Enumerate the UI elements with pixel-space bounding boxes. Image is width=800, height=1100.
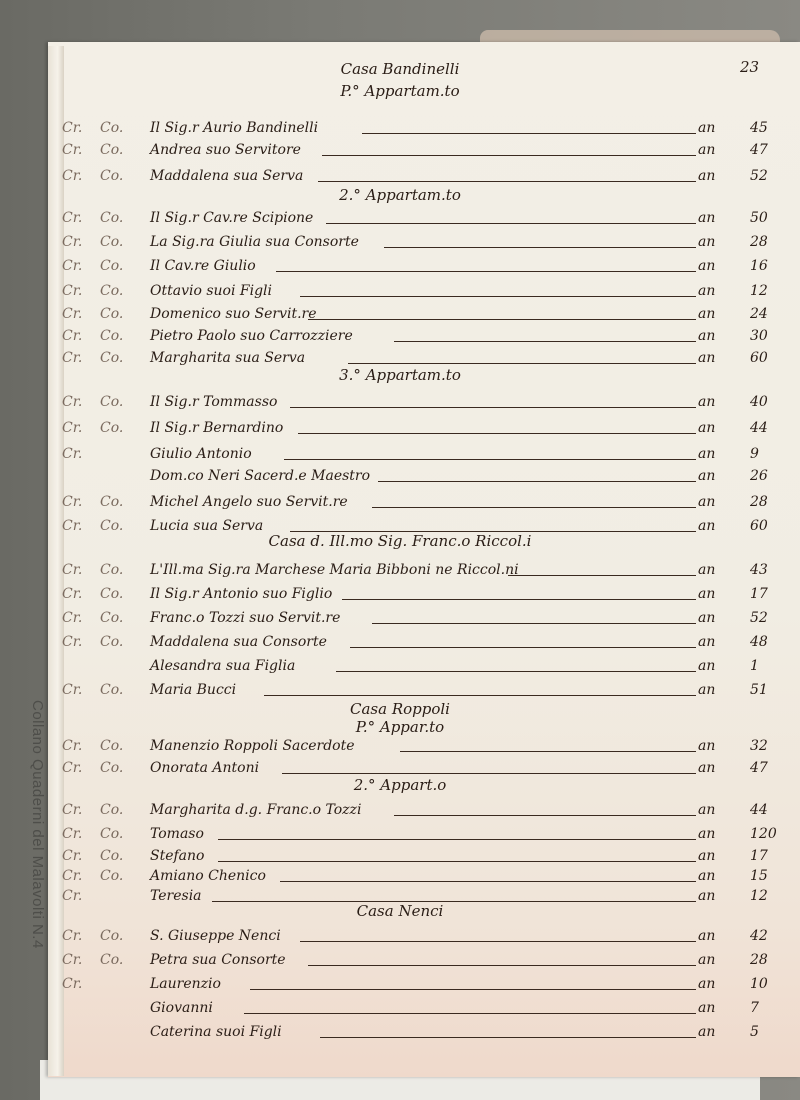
person-name: L'Ill.ma Sig.ra Marchese Maria Bibboni n… xyxy=(150,562,519,578)
census-row: Cr.Co.Andrea suo Servitorean47 xyxy=(0,142,800,164)
confirmation-mark: Cr. xyxy=(62,350,82,366)
age-value: 60 xyxy=(750,518,790,534)
anni-label: an xyxy=(698,976,715,992)
age-value: 5 xyxy=(750,1024,790,1040)
confirmation-mark: Cr. xyxy=(62,168,82,184)
age-value: 28 xyxy=(750,234,790,250)
census-row: Cr.Co.Ottavio suoi Figlian12 xyxy=(0,283,800,305)
anni-label: an xyxy=(698,468,715,484)
leader-line xyxy=(308,965,696,966)
communion-mark: Co. xyxy=(100,760,123,776)
census-row: Cr.Co.Manenzio Roppoli Sacerdotean32 xyxy=(0,738,800,760)
anni-label: an xyxy=(698,738,715,754)
census-row: Cr.Co.Lucia sua Servaan60 xyxy=(0,518,800,540)
leader-line xyxy=(394,341,696,342)
leader-line xyxy=(336,671,696,672)
census-row: Cr.Co.Il Sig.r Antonio suo Figlioan17 xyxy=(0,586,800,608)
anni-label: an xyxy=(698,168,715,184)
age-value: 48 xyxy=(750,634,790,650)
person-name: Maddalena sua Serva xyxy=(150,168,303,184)
leader-line xyxy=(362,133,696,134)
age-value: 47 xyxy=(750,760,790,776)
person-name: Il Sig.r Aurio Bandinelli xyxy=(150,120,318,136)
leader-line xyxy=(372,507,696,508)
person-name: Giulio Antonio xyxy=(150,446,252,462)
census-row: Caterina suoi Figlian5 xyxy=(0,1024,800,1046)
age-value: 30 xyxy=(750,328,790,344)
anni-label: an xyxy=(698,142,715,158)
leader-line xyxy=(264,695,696,696)
person-name: Michel Angelo suo Servit.re xyxy=(150,494,348,510)
census-row: Giovannian7 xyxy=(0,1000,800,1022)
census-row: Cr.Co.S. Giuseppe Nencian42 xyxy=(0,928,800,950)
census-row: Cr.Co.Onorata Antonian47 xyxy=(0,760,800,782)
leader-line xyxy=(508,575,696,576)
communion-mark: Co. xyxy=(100,952,123,968)
anni-label: an xyxy=(698,306,715,322)
leader-line xyxy=(218,861,696,862)
leader-line xyxy=(394,815,696,816)
leader-line xyxy=(378,481,696,482)
confirmation-mark: Cr. xyxy=(62,494,82,510)
confirmation-mark: Cr. xyxy=(62,420,82,436)
communion-mark: Co. xyxy=(100,826,123,842)
confirmation-mark: Cr. xyxy=(62,848,82,864)
age-value: 16 xyxy=(750,258,790,274)
age-value: 120 xyxy=(750,826,790,842)
person-name: Tomaso xyxy=(150,826,204,842)
communion-mark: Co. xyxy=(100,234,123,250)
communion-mark: Co. xyxy=(100,394,123,410)
person-name: Petra sua Consorte xyxy=(150,952,286,968)
person-name: Pietro Paolo suo Carrozziere xyxy=(150,328,353,344)
census-row: Cr.Co.Maddalena sua Consortean48 xyxy=(0,634,800,656)
anni-label: an xyxy=(698,328,715,344)
age-value: 28 xyxy=(750,494,790,510)
person-name: S. Giuseppe Nenci xyxy=(150,928,281,944)
census-row: Cr.Co.L'Ill.ma Sig.ra Marchese Maria Bib… xyxy=(0,562,800,584)
leader-line xyxy=(212,901,696,902)
leader-line xyxy=(318,181,696,182)
confirmation-mark: Cr. xyxy=(62,446,82,462)
communion-mark: Co. xyxy=(100,518,123,534)
person-name: Domenico suo Servit.re xyxy=(150,306,317,322)
age-value: 12 xyxy=(750,283,790,299)
person-name: Laurenzio xyxy=(150,976,221,992)
census-row: Cr.Co.Domenico suo Servit.rean24 xyxy=(0,306,800,328)
leader-line xyxy=(350,647,696,648)
person-name: Manenzio Roppoli Sacerdote xyxy=(150,738,355,754)
leader-line xyxy=(300,296,696,297)
anni-label: an xyxy=(698,848,715,864)
anni-label: an xyxy=(698,394,715,410)
confirmation-mark: Cr. xyxy=(62,868,82,884)
confirmation-mark: Cr. xyxy=(62,738,82,754)
confirmation-mark: Cr. xyxy=(62,258,82,274)
communion-mark: Co. xyxy=(100,306,123,322)
communion-mark: Co. xyxy=(100,928,123,944)
anni-label: an xyxy=(698,888,715,904)
section-heading: Casa Bandinelli xyxy=(0,60,800,78)
anni-label: an xyxy=(698,350,715,366)
leader-line xyxy=(218,839,696,840)
age-value: 44 xyxy=(750,802,790,818)
person-name: Giovanni xyxy=(150,1000,213,1016)
communion-mark: Co. xyxy=(100,738,123,754)
age-value: 32 xyxy=(750,738,790,754)
person-name: Caterina suoi Figli xyxy=(150,1024,282,1040)
person-name: Andrea suo Servitore xyxy=(150,142,301,158)
leader-line xyxy=(276,271,696,272)
communion-mark: Co. xyxy=(100,120,123,136)
person-name: Dom.co Neri Sacerd.e Maestro xyxy=(150,468,370,484)
anni-label: an xyxy=(698,610,715,626)
communion-mark: Co. xyxy=(100,562,123,578)
section-heading: P.° Appartam.to xyxy=(0,82,800,100)
communion-mark: Co. xyxy=(100,610,123,626)
age-value: 45 xyxy=(750,120,790,136)
person-name: La Sig.ra Giulia sua Consorte xyxy=(150,234,359,250)
person-name: Margharita d.g. Franc.o Tozzi xyxy=(150,802,361,818)
anni-label: an xyxy=(698,420,715,436)
leader-line xyxy=(282,773,696,774)
communion-mark: Co. xyxy=(100,494,123,510)
person-name: Onorata Antoni xyxy=(150,760,259,776)
confirmation-mark: Cr. xyxy=(62,760,82,776)
age-value: 9 xyxy=(750,446,790,462)
age-value: 7 xyxy=(750,1000,790,1016)
confirmation-mark: Cr. xyxy=(62,234,82,250)
anni-label: an xyxy=(698,562,715,578)
age-value: 60 xyxy=(750,350,790,366)
person-name: Amiano Chenico xyxy=(150,868,266,884)
person-name: Il Sig.r Cav.re Scipione xyxy=(150,210,313,226)
anni-label: an xyxy=(698,802,715,818)
leader-line xyxy=(300,941,696,942)
census-row: Dom.co Neri Sacerd.e Maestroan26 xyxy=(0,468,800,490)
census-row: Cr.Laurenzioan10 xyxy=(0,976,800,998)
census-row: Cr.Co.Amiano Chenicoan15 xyxy=(0,868,800,890)
anni-label: an xyxy=(698,120,715,136)
leader-line xyxy=(290,531,696,532)
age-value: 15 xyxy=(750,868,790,884)
communion-mark: Co. xyxy=(100,848,123,864)
communion-mark: Co. xyxy=(100,868,123,884)
communion-mark: Co. xyxy=(100,350,123,366)
leader-line xyxy=(308,319,696,320)
person-name: Il Cav.re Giulio xyxy=(150,258,256,274)
anni-label: an xyxy=(698,518,715,534)
census-row: Cr.Co.Maria Buccian51 xyxy=(0,682,800,704)
confirmation-mark: Cr. xyxy=(62,976,82,992)
leader-line xyxy=(250,989,696,990)
age-value: 10 xyxy=(750,976,790,992)
communion-mark: Co. xyxy=(100,258,123,274)
leader-line xyxy=(322,155,696,156)
census-row: Cr.Giulio Antonioan9 xyxy=(0,446,800,468)
confirmation-mark: Cr. xyxy=(62,952,82,968)
communion-mark: Co. xyxy=(100,586,123,602)
census-row: Cr.Co.Il Cav.re Giulioan16 xyxy=(0,258,800,280)
age-value: 44 xyxy=(750,420,790,436)
census-row: Cr.Co.Il Sig.r Cav.re Scipionean50 xyxy=(0,210,800,232)
anni-label: an xyxy=(698,826,715,842)
age-value: 50 xyxy=(750,210,790,226)
confirmation-mark: Cr. xyxy=(62,283,82,299)
age-value: 17 xyxy=(750,586,790,602)
census-row: Cr.Co.Margharita d.g. Franc.o Tozzian44 xyxy=(0,802,800,824)
confirmation-mark: Cr. xyxy=(62,518,82,534)
confirmation-mark: Cr. xyxy=(62,210,82,226)
age-value: 1 xyxy=(750,658,790,674)
census-row: Cr.Co.Margharita sua Servaan60 xyxy=(0,350,800,372)
confirmation-mark: Cr. xyxy=(62,328,82,344)
communion-mark: Co. xyxy=(100,210,123,226)
person-name: Margharita sua Serva xyxy=(150,350,305,366)
confirmation-mark: Cr. xyxy=(62,562,82,578)
anni-label: an xyxy=(698,952,715,968)
age-value: 24 xyxy=(750,306,790,322)
leader-line xyxy=(372,623,696,624)
census-row: Cr.Co.La Sig.ra Giulia sua Consortean28 xyxy=(0,234,800,256)
confirmation-mark: Cr. xyxy=(62,928,82,944)
leader-line xyxy=(348,363,696,364)
person-name: Il Sig.r Bernardino xyxy=(150,420,283,436)
communion-mark: Co. xyxy=(100,682,123,698)
anni-label: an xyxy=(698,682,715,698)
census-row: Cr.Teresiaan12 xyxy=(0,888,800,910)
person-name: Franc.o Tozzi suo Servit.re xyxy=(150,610,340,626)
confirmation-mark: Cr. xyxy=(62,610,82,626)
anni-label: an xyxy=(698,446,715,462)
anni-label: an xyxy=(698,634,715,650)
anni-label: an xyxy=(698,1024,715,1040)
census-row: Cr.Co.Petra sua Consortean28 xyxy=(0,952,800,974)
leader-line xyxy=(280,881,696,882)
confirmation-mark: Cr. xyxy=(62,888,82,904)
anni-label: an xyxy=(698,234,715,250)
communion-mark: Co. xyxy=(100,634,123,650)
anni-label: an xyxy=(698,658,715,674)
age-value: 43 xyxy=(750,562,790,578)
leader-line xyxy=(284,459,696,460)
census-row: Cr.Co.Il Sig.r Bernardinoan44 xyxy=(0,420,800,442)
age-value: 42 xyxy=(750,928,790,944)
leader-line xyxy=(244,1013,696,1014)
communion-mark: Co. xyxy=(100,142,123,158)
communion-mark: Co. xyxy=(100,283,123,299)
leader-line xyxy=(342,599,696,600)
anni-label: an xyxy=(698,494,715,510)
person-name: Teresia xyxy=(150,888,202,904)
census-row: Cr.Co.Maddalena sua Servaan52 xyxy=(0,168,800,190)
census-row: Cr.Co.Michel Angelo suo Servit.rean28 xyxy=(0,494,800,516)
age-value: 40 xyxy=(750,394,790,410)
communion-mark: Co. xyxy=(100,168,123,184)
person-name: Stefano xyxy=(150,848,204,864)
age-value: 28 xyxy=(750,952,790,968)
age-value: 51 xyxy=(750,682,790,698)
leader-line xyxy=(400,751,696,752)
anni-label: an xyxy=(698,586,715,602)
census-row: Alesandra sua Figliaan1 xyxy=(0,658,800,680)
anni-label: an xyxy=(698,210,715,226)
person-name: Maria Bucci xyxy=(150,682,236,698)
confirmation-mark: Cr. xyxy=(62,802,82,818)
age-value: 52 xyxy=(750,168,790,184)
census-row: Cr.Co.Il Sig.r Aurio Bandinellian45 xyxy=(0,120,800,142)
anni-label: an xyxy=(698,868,715,884)
confirmation-mark: Cr. xyxy=(62,142,82,158)
person-name: Ottavio suoi Figli xyxy=(150,283,272,299)
census-row: Cr.Co.Pietro Paolo suo Carrozzierean30 xyxy=(0,328,800,350)
census-row: Cr.Co.Tomasoan120 xyxy=(0,826,800,848)
age-value: 47 xyxy=(750,142,790,158)
age-value: 12 xyxy=(750,888,790,904)
leader-line xyxy=(384,247,696,248)
communion-mark: Co. xyxy=(100,802,123,818)
leader-line xyxy=(290,407,696,408)
anni-label: an xyxy=(698,928,715,944)
person-name: Alesandra sua Figlia xyxy=(150,658,295,674)
age-value: 17 xyxy=(750,848,790,864)
person-name: Maddalena sua Consorte xyxy=(150,634,327,650)
confirmation-mark: Cr. xyxy=(62,682,82,698)
confirmation-mark: Cr. xyxy=(62,394,82,410)
age-value: 52 xyxy=(750,610,790,626)
confirmation-mark: Cr. xyxy=(62,826,82,842)
confirmation-mark: Cr. xyxy=(62,634,82,650)
confirmation-mark: Cr. xyxy=(62,120,82,136)
communion-mark: Co. xyxy=(100,328,123,344)
leader-line xyxy=(326,223,696,224)
person-name: Lucia sua Serva xyxy=(150,518,263,534)
census-row: Cr.Co.Stefanoan17 xyxy=(0,848,800,870)
person-name: Il Sig.r Antonio suo Figlio xyxy=(150,586,332,602)
confirmation-mark: Cr. xyxy=(62,586,82,602)
anni-label: an xyxy=(698,283,715,299)
anni-label: an xyxy=(698,760,715,776)
leader-line xyxy=(320,1037,696,1038)
census-row: Cr.Co.Il Sig.r Tommassoan40 xyxy=(0,394,800,416)
confirmation-mark: Cr. xyxy=(62,306,82,322)
census-row: Cr.Co.Franc.o Tozzi suo Servit.rean52 xyxy=(0,610,800,632)
age-value: 26 xyxy=(750,468,790,484)
person-name: Il Sig.r Tommasso xyxy=(150,394,277,410)
anni-label: an xyxy=(698,1000,715,1016)
section-heading: P.° Appar.to xyxy=(0,718,800,736)
anni-label: an xyxy=(698,258,715,274)
leader-line xyxy=(298,433,696,434)
communion-mark: Co. xyxy=(100,420,123,436)
